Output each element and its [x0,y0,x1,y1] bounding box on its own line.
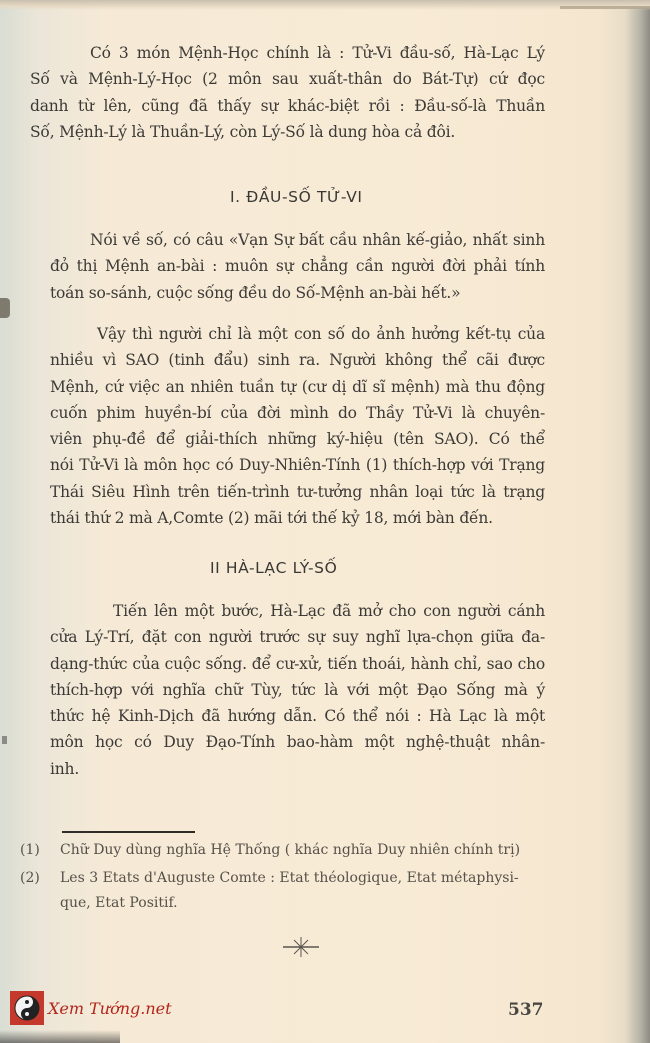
page-edge-line [560,6,650,9]
section-heading-1: I. ĐẦU-SỐ TỬ-VI [230,188,363,206]
footnote-1: (1)Chữ Duy dùng nghĩa Hệ Thống ( khác ng… [20,838,520,863]
footnote-number: (1) [20,838,60,863]
text-line: Mệnh, cứ việc an nhiên tuần tự (cư dị dĩ… [50,374,545,400]
text-line: thái thứ 2 mà A,Comte (2) mãi tới thế kỷ… [50,505,545,531]
text-line: thích-hợp với nghĩa chữ Tùy, tức là với … [50,677,545,703]
section-heading-2: II HÀ-LẠC LÝ-SỐ [210,559,337,577]
text-line: nói Tử-Vi là môn học có Duy-Nhiên-Tính (… [50,452,545,478]
intro-paragraph: Có 3 món Mệnh-Học chính là : Tử-Vi đầu-s… [55,40,545,145]
footnote-text: Les 3 Etats d'Auguste Comte : Etat théol… [60,870,519,886]
text-line: toán so-sánh, cuộc sống đều do Số-Mệnh a… [50,280,545,306]
binding-mark-small [2,736,7,744]
text-line: Vậy thì người chỉ là một con số do ảnh h… [55,321,545,347]
text-line: Số và Mệnh-Lý-Học (2 môn sau xuất-thân d… [30,66,545,92]
text-line: Số, Mệnh-Lý là Thuần-Lý, còn Lý-Số là du… [30,119,545,145]
page-shadow [0,1030,120,1043]
footnote-text: Chữ Duy dùng nghĩa Hệ Thống ( khác nghĩa… [60,842,520,858]
text-line: thức hệ Kinh-Dịch đã hướng dẫn. Có thể n… [50,703,545,729]
watermark-text: Xem Tướng.net [48,999,172,1018]
text-line: cửa Lý-Trí, đặt con người trước sự suy n… [50,624,545,650]
text-line: dạng-thức của cuộc sống. để cư-xử, tiến … [50,651,545,677]
footnote-text-continued: que, Etat Positif. [20,891,519,916]
footnote-rule [62,831,195,833]
footnote-number: (2) [20,866,60,891]
binding-mark [0,298,10,318]
text-line: nhiều vì SAO (tinh đẩu) sinh ra. Người k… [50,347,545,373]
section2-paragraph-1: Tiến lên một bước, Hà-Lạc đã mở cho con … [55,598,545,782]
page-top-edge [0,0,650,10]
watermark-logo[interactable]: Xem Tướng.net [10,991,172,1025]
text-line: Có 3 món Mệnh-Học chính là : Tử-Vi đầu-s… [55,40,545,66]
text-line: môn học có Duy Đạo-Tính bao-hàm một nghệ… [50,729,545,755]
text-line: cuốn phim huyền-bí của đời mình do Thầy … [50,400,545,426]
logo-badge [10,991,44,1025]
text-line: inh. [50,756,545,782]
section1-paragraph-1: Nói về số, có câu «Vạn Sự bất cầu nhân k… [55,227,545,306]
text-line: đỏ thị Mệnh an-bài : muôn sự chẳng cần n… [50,253,545,279]
separator-ornament-icon [283,936,319,958]
text-line: Thái Siêu Hình trên tiến-trình tư-tưởng … [50,479,545,505]
text-line: Nói về số, có câu «Vạn Sự bất cầu nhân k… [55,227,545,253]
text-line: viên phụ-đề để giải-thích những ký-hiệu … [50,426,545,452]
text-line: Tiến lên một bước, Hà-Lạc đã mở cho con … [55,598,545,624]
page-number: 537 [508,1000,544,1020]
footnote-2: (2)Les 3 Etats d'Auguste Comte : Etat th… [20,866,519,916]
text-line: danh từ lên, cũng đã thấy sự khác-biệt r… [30,93,545,119]
yin-yang-icon [14,995,40,1021]
section1-paragraph-2: Vậy thì người chỉ là một con số do ảnh h… [55,321,545,531]
